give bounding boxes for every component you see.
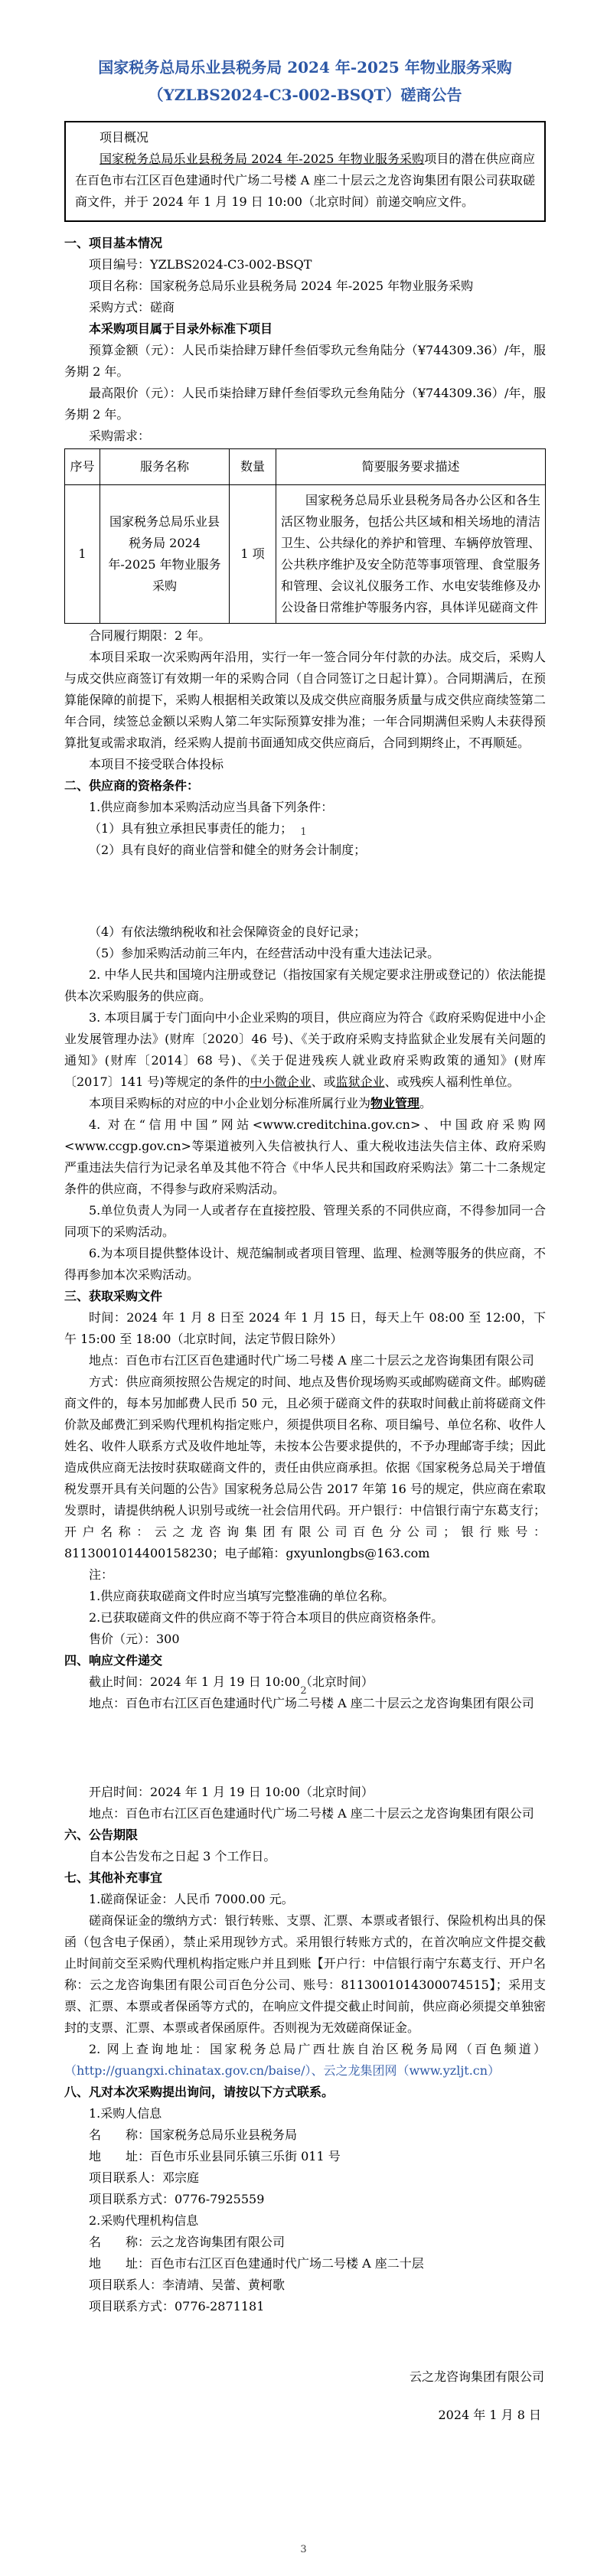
text-segment: 采购方式：磋商 (89, 300, 175, 315)
text-segment: 中小微企业 (250, 1074, 312, 1089)
paragraph: 3. 本项目属于专门面向中小企业采购的项目，供应商应为符合《政府采购促进中小企业… (64, 1007, 546, 1093)
text-segment: 项目编号：YZLBS2024-C3-002-BSQT (89, 257, 312, 272)
paragraph: 名 称：云之龙咨询集团有限公司 (64, 2232, 546, 2253)
paragraph: 本项目不接受联合体投标 (64, 754, 546, 775)
text-segment: 本项目不接受联合体投标 (89, 757, 224, 771)
signature-agency-name: 云之龙咨询集团有限公司 (64, 2366, 546, 2388)
text-segment: 地 址：百色市右江区百色建通时代广场二号楼 A 座二十层 (89, 2256, 424, 2271)
paragraph: 本项目采购标的对应的中小企业划分标准所属行业为物业管理。 (64, 1093, 546, 1114)
text-segment: 预算金额（元）：人民币柒拾肆万肆仟叁佰零玖元叁角陆分（¥744309.36）/年… (64, 343, 546, 379)
text-segment: 国家税务总局乐业县税务局 2024 年-2025 年物业服务采购 (100, 152, 424, 166)
cell-description: 国家税务总局乐业县税务局各办公区和各生活区物业服务，包括公共区域和相关场地的清洁… (276, 485, 546, 624)
paragraph: 本项目采取一次采购两年沿用，实行一年一签合同分年付款的办法。成交后，采购人与成交… (64, 647, 546, 754)
paragraph: 磋商保证金的缴纳方式：银行转账、支票、汇票、本票或者银行、保险机构出具的保函（包… (64, 1910, 546, 2039)
text-segment: 八、凡对本次采购提出询问，请按以下方式联系。 (64, 2085, 334, 2099)
paragraph: 1.采购人信息 (64, 2103, 546, 2124)
paragraph: 地 址：百色市右江区百色建通时代广场二号楼 A 座二十层 (64, 2253, 546, 2274)
text-segment: 项目联系方式：0776-7925559 (89, 2192, 264, 2206)
section-heading: 二、供应商的资格条件： (64, 775, 546, 797)
text-segment: 地点：百色市右江区百色建通时代广场二号楼 A 座二十层云之龙咨询集团有限公司 (89, 1696, 534, 1710)
text-segment: 开启时间：2024 年 1 月 19 日 10:00（北京时间） (89, 1785, 374, 1799)
text-segment: 项目联系方式：0776-2871181 (89, 2299, 264, 2314)
text-segment: 6.为本项目提供整体设计、规范编制或者项目管理、监理、检测等服务的供应商，不得再… (64, 1246, 546, 1282)
text-segment: 5.单位负责人为同一人或者存在直接控股、管理关系的不同供应商，不得参加同一合同项… (64, 1203, 546, 1239)
text-segment: 地点：百色市右江区百色建通时代广场二号楼 A 座二十层云之龙咨询集团有限公司 (89, 1353, 534, 1368)
table-header-cell: 数量 (230, 449, 276, 485)
paragraph: 项目联系人：邓宗庭 (64, 2167, 546, 2189)
text-segment: 1.供应商参加本采购活动应当具备下列条件： (89, 800, 333, 814)
paragraph: 项目联系方式：0776-7925559 (64, 2189, 546, 2210)
text-segment: （4）有依法缴纳税收和社会保障资金的良好记录； (89, 924, 366, 939)
text-segment: 、或 (312, 1074, 336, 1089)
paragraph: 时间：2024 年 1 月 8 日至 2024 年 1 月 15 日，每天上午 … (64, 1307, 546, 1350)
paragraph: 5.单位负责人为同一人或者存在直接控股、管理关系的不同供应商，不得参加同一合同项… (64, 1200, 546, 1243)
paragraph: 4. 对在“信用中国”网站<www.creditchina.gov.cn>、中国… (64, 1114, 546, 1200)
table-header-cell: 服务名称 (100, 449, 230, 485)
paragraph: （5）参加采购活动前三年内，在经营活动中没有重大违法记录。 (64, 943, 546, 964)
text-segment: 1.磋商保证金：人民币 7000.00 元。 (89, 1892, 294, 1906)
section-heading: 一、项目基本情况 (64, 233, 546, 254)
paragraph: 2. 网上查询地址：国家税务总局广西壮族自治区税务局网（百色频道）（http:/… (64, 2039, 546, 2082)
text-segment: 六、公告期限 (64, 1828, 138, 1842)
overview-paragraph: 国家税务总局乐业县税务局 2024 年-2025 年物业服务采购项目的潜在供应商… (75, 148, 535, 213)
text-segment: （5）参加采购活动前三年内，在经营活动中没有重大违法记录。 (89, 946, 439, 960)
cell-no: 1 (65, 485, 100, 624)
paragraph: 合同履行期限：2 年。 (64, 625, 546, 647)
document-title: 国家税务总局乐业县税务局 2024 年-2025 年物业服务采购 （YZLBS2… (64, 54, 546, 109)
text-segment: 1.供应商获取磋商文件时应当填写完整准确的单位名称。 (89, 1589, 394, 1603)
paragraph: 2.采购代理机构信息 (64, 2210, 546, 2232)
page-number: 3 (0, 2544, 607, 2556)
title-line-2: （YZLBS2024-C3-002-BSQT）磋商公告 (64, 81, 546, 109)
paragraph: （4）有依法缴纳税收和社会保障资金的良好记录； (64, 921, 546, 943)
text-segment: 本采购项目属于目录外标准下项目 (89, 321, 272, 336)
description-text: 国家税务总局乐业县税务局各办公区和各生活区物业服务，包括公共区域和相关场地的清洁… (281, 490, 540, 618)
text-segment: 注： (89, 1567, 113, 1582)
paragraph: 预算金额（元）：人民币柒拾肆万肆仟叁佰零玖元叁角陆分（¥744309.36）/年… (64, 340, 546, 383)
paragraph: 自本公告发布之日起 3 个工作日。 (64, 1846, 546, 1867)
table-header-row: 序号服务名称数量简要服务要求描述 (65, 449, 546, 485)
page-number: 1 (0, 827, 607, 839)
text-segment: 、或残疾人福利性单位。 (385, 1074, 520, 1089)
paragraph: 项目联系人：李清靖、吴蕾、黄柯歌 (64, 2274, 546, 2296)
paragraph: 1.磋商保证金：人民币 7000.00 元。 (64, 1889, 546, 1910)
paragraph: 地点：百色市右江区百色建通时代广场二号楼 A 座二十层云之龙咨询集团有限公司 (64, 1350, 546, 1371)
page-number: 2 (0, 1685, 607, 1697)
text-segment: 时间：2024 年 1 月 8 日至 2024 年 1 月 15 日，每天上午 … (64, 1310, 546, 1346)
text-segment: 方式：供应商须按照公告规定的时间、地点及售价现场购买或邮购磋商文件。邮购磋商文件… (64, 1374, 546, 1560)
text-segment: 名 称：云之龙咨询集团有限公司 (89, 2235, 285, 2249)
cell-quantity: 1 项 (230, 485, 276, 624)
title-line-1: 国家税务总局乐业县税务局 2024 年-2025 年物业服务采购 (64, 54, 546, 81)
signature-date: 2024 年 1 月 8 日 (64, 2405, 546, 2426)
paragraph: 项目联系方式：0776-2871181 (64, 2296, 546, 2317)
text-segment: 本项目采取一次采购两年沿用，实行一年一签合同分年付款的办法。成交后，采购人与成交… (64, 650, 546, 750)
paragraph: 1.供应商参加本采购活动应当具备下列条件： (64, 797, 546, 818)
page-3-content: 开启时间：2024 年 1 月 19 日 10:00（北京时间）地点：百色市右江… (64, 1782, 546, 2426)
text-segment: 采购需求： (89, 429, 150, 443)
text-segment: 项目联系人：李清靖、吴蕾、黄柯歌 (89, 2278, 285, 2292)
overview-heading: 项目概况 (75, 127, 535, 148)
paragraph: 方式：供应商须按照公告规定的时间、地点及售价现场购买或邮购磋商文件。邮购磋商文件… (64, 1371, 546, 1564)
paragraph: （2）具有良好的商业信誉和健全的财务会计制度； (64, 840, 546, 859)
text-segment: 一、项目基本情况 (64, 236, 162, 250)
hyperlink[interactable]: （http://guangxi.chinatax.gov.cn/baise/）、… (64, 2063, 500, 2078)
text-segment: 项目名称：国家税务总局乐业县税务局 2024 年-2025 年物业服务采购 (89, 279, 473, 293)
section-heading: 七、其他补充事宜 (64, 1867, 546, 1889)
table-row: 1国家税务总局乐业县税务局 2024 年-2025 年物业服务采购1 项国家税务… (65, 485, 546, 624)
text-segment: 物业管理 (370, 1096, 419, 1110)
text-segment: 售价（元）：300 (89, 1632, 180, 1646)
text-segment: 地点：百色市右江区百色建通时代广场二号楼 A 座二十层云之龙咨询集团有限公司 (89, 1806, 534, 1821)
text-segment: 监狱企业 (336, 1074, 385, 1089)
text-segment: 2.已获取磋商文件的供应商不等于符合本项目的供应商资格条件。 (89, 1610, 443, 1625)
text-segment: 项目联系人：邓宗庭 (89, 2170, 199, 2185)
text-segment: 三、获取采购文件 (64, 1289, 162, 1303)
text-segment: 合同履行期限：2 年。 (89, 628, 210, 643)
page-2: （4）有依法缴纳税收和社会保障资金的良好记录；（5）参加采购活动前三年内，在经营… (0, 859, 607, 1717)
text-segment: 最高限价（元）：人民币柒拾肆万肆仟叁佰零玖元叁角陆分（¥744309.36）/年… (64, 386, 546, 422)
text-segment: 本项目采购标的对应的中小企业划分标准所属行业为 (89, 1096, 370, 1110)
table-header-cell: 简要服务要求描述 (276, 449, 546, 485)
text-segment: 四、响应文件递交 (64, 1653, 162, 1668)
section-heading: 八、凡对本次采购提出询问，请按以下方式联系。 (64, 2082, 546, 2103)
page-1-content: 项目概况国家税务总局乐业县税务局 2024 年-2025 年物业服务采购项目的潜… (64, 121, 546, 859)
text-segment: 名 称：国家税务总局乐业县税务局 (89, 2128, 297, 2142)
text-segment: 4. 对在“信用中国”网站<www.creditchina.gov.cn>、中国… (64, 1117, 546, 1196)
paragraph: 注： (64, 1564, 546, 1586)
paragraph: 名 称：国家税务总局乐业县税务局 (64, 2124, 546, 2146)
section-heading: 四、响应文件递交 (64, 1650, 546, 1671)
page-2-content: （4）有依法缴纳税收和社会保障资金的良好记录；（5）参加采购活动前三年内，在经营… (64, 921, 546, 1717)
section-heading: 六、公告期限 (64, 1824, 546, 1846)
paragraph: 项目编号：YZLBS2024-C3-002-BSQT (64, 254, 546, 276)
paragraph: 地点：百色市右江区百色建通时代广场二号楼 A 座二十层云之龙咨询集团有限公司 (64, 1803, 546, 1824)
page-1: 国家税务总局乐业县税务局 2024 年-2025 年物业服务采购 （YZLBS2… (0, 0, 607, 859)
text-segment: 七、其他补充事宜 (64, 1870, 162, 1885)
paragraph: 1.供应商获取磋商文件时应当填写完整准确的单位名称。 (64, 1586, 546, 1607)
text-segment: 2. 中华人民共和国境内注册或登记（指按国家有关规定要求注册或登记的）依法能提供… (64, 967, 546, 1003)
procurement-table: 序号服务名称数量简要服务要求描述1国家税务总局乐业县税务局 2024 年-202… (64, 448, 546, 624)
paragraph: 最高限价（元）：人民币柒拾肆万肆仟叁佰零玖元叁角陆分（¥744309.36）/年… (64, 383, 546, 426)
text-segment: 1.采购人信息 (89, 2106, 162, 2121)
paragraph: 采购需求： (64, 426, 546, 447)
paragraph: 6.为本项目提供整体设计、规范编制或者项目管理、监理、检测等服务的供应商，不得再… (64, 1243, 546, 1286)
paragraph: 2. 中华人民共和国境内注册或登记（指按国家有关规定要求注册或登记的）依法能提供… (64, 964, 546, 1007)
announcement-document: 国家税务总局乐业县税务局 2024 年-2025 年物业服务采购 （YZLBS2… (0, 0, 607, 2576)
text-segment: （2）具有良好的商业信誉和健全的财务会计制度； (89, 843, 366, 857)
paragraph: 项目名称：国家税务总局乐业县税务局 2024 年-2025 年物业服务采购 (64, 276, 546, 297)
paragraph: 采购方式：磋商 (64, 297, 546, 318)
paragraph: 本采购项目属于目录外标准下项目 (64, 318, 546, 340)
text-segment: 2. 网上查询地址：国家税务总局广西壮族自治区税务局网（百色频道） (89, 2042, 546, 2056)
table-header-cell: 序号 (65, 449, 100, 485)
paragraph: 地 址：百色市乐业县同乐镇三乐街 011 号 (64, 2146, 546, 2167)
paragraph: 售价（元）：300 (64, 1629, 546, 1650)
text-segment: 磋商保证金的缴纳方式：银行转账、支票、汇票、本票或者银行、保险机构出具的保函（包… (64, 1913, 546, 2035)
paragraph: 开启时间：2024 年 1 月 19 日 10:00（北京时间） (64, 1782, 546, 1803)
text-segment: 。 (419, 1096, 432, 1110)
paragraph: 2.已获取磋商文件的供应商不等于符合本项目的供应商资格条件。 (64, 1607, 546, 1629)
cell-service-name: 国家税务总局乐业县税务局 2024 年-2025 年物业服务采购 (100, 485, 230, 624)
project-overview-box: 项目概况国家税务总局乐业县税务局 2024 年-2025 年物业服务采购项目的潜… (64, 121, 546, 222)
text-segment: 自本公告发布之日起 3 个工作日。 (89, 1849, 276, 1864)
section-heading: 三、获取采购文件 (64, 1286, 546, 1307)
text-segment: 二、供应商的资格条件： (64, 778, 199, 793)
page-3: 开启时间：2024 年 1 月 19 日 10:00（北京时间）地点：百色市右江… (0, 1717, 607, 2576)
text-segment: 2.采购代理机构信息 (89, 2213, 198, 2228)
text-segment: 地 址：百色市乐业县同乐镇三乐街 011 号 (89, 2149, 341, 2164)
